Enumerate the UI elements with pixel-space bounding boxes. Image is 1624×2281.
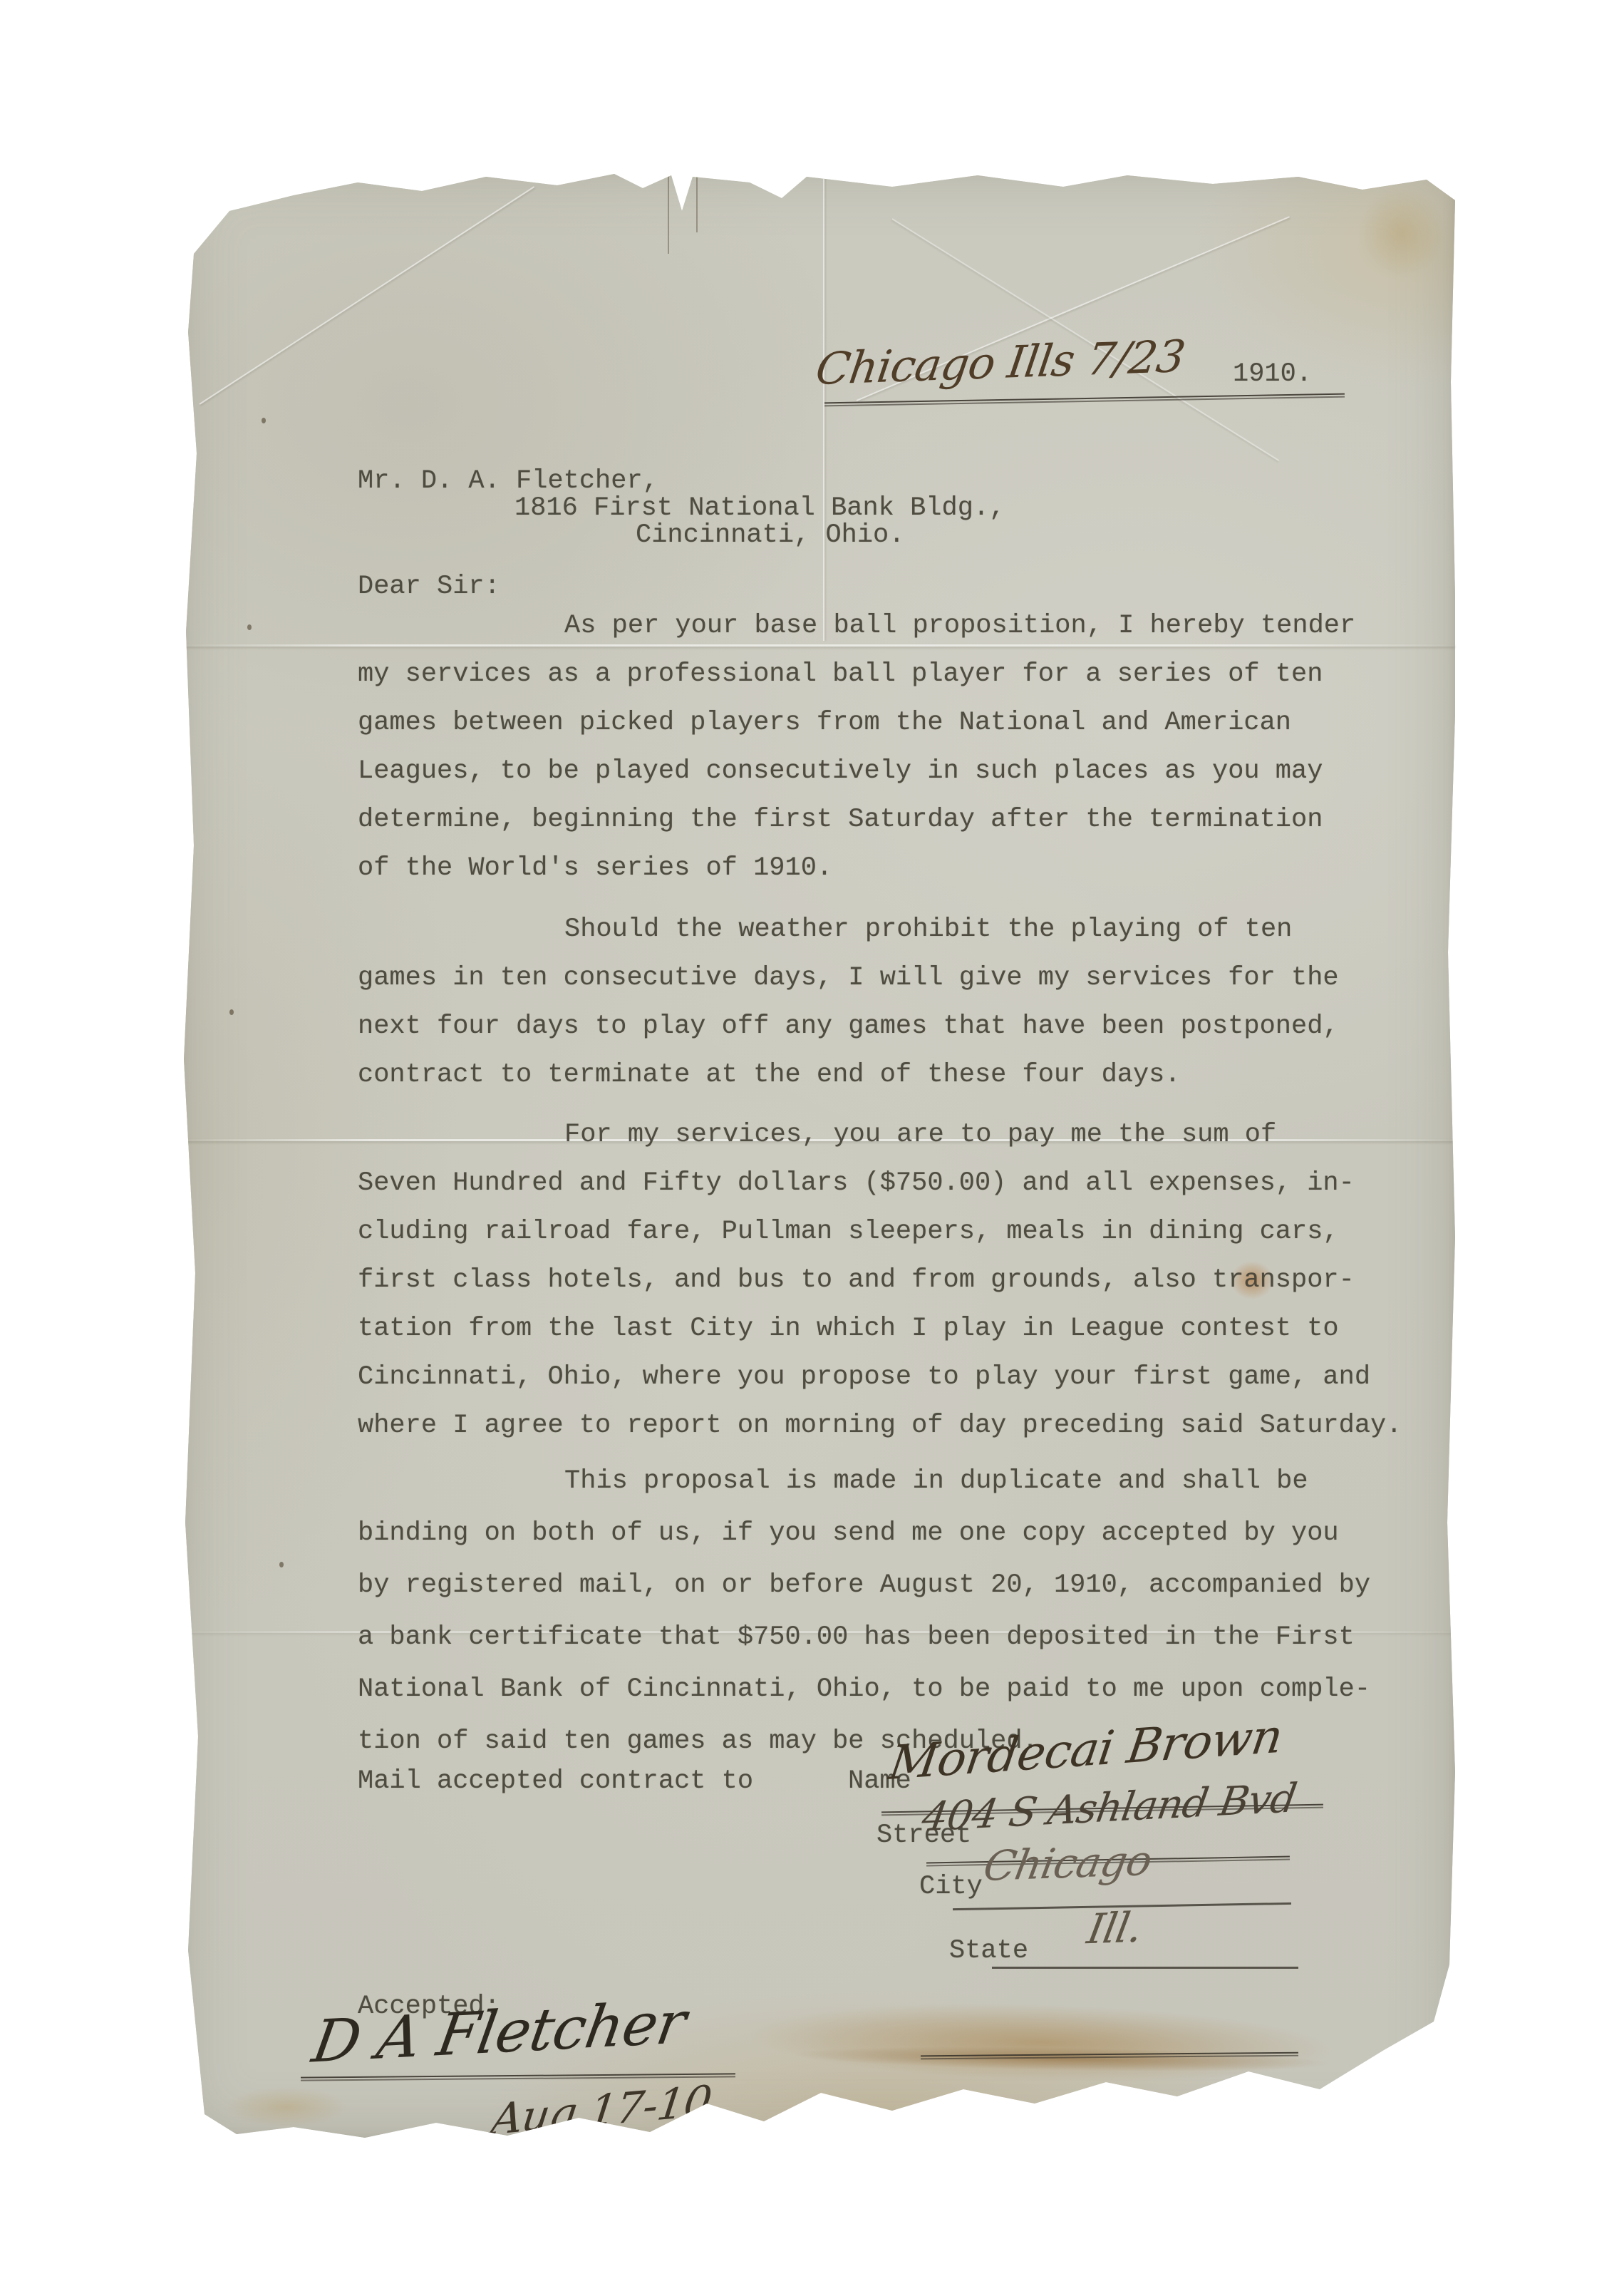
state-field-label: State [949,1936,1028,1966]
city-field-label: City [919,1872,983,1902]
state-field-underline [992,1967,1298,1969]
recipient-line-2: 1816 First National Bank Bldg., [514,493,1005,523]
paragraph-4-line: by registered mail, on or before August … [358,1560,1370,1612]
paragraph-4-line: a bank certificate that $750.00 has been… [358,1612,1370,1664]
dateline-underline [824,393,1345,407]
paragraph-3-line: For my services, you are to pay me the s… [358,1111,1402,1159]
paragraph-1-line: Leagues, to be played consecutively in s… [358,747,1355,795]
paragraph-3-line: cluding railroad fare, Pullman sleepers,… [358,1208,1402,1256]
paragraph-2-line: next four days to play off any games tha… [358,1002,1339,1051]
paragraph-1: As per your base ball proposition, I her… [358,602,1355,892]
dateline-handwritten: Chicago Ills 7/23 [812,330,1188,395]
recipient-line-1: Mr. D. A. Fletcher, [358,466,658,496]
acceptance-date: Aug 17-10 [488,2076,714,2145]
city-field-value: Chicago [980,1836,1155,1890]
paragraph-1-line: my services as a professional ball playe… [358,650,1355,699]
foxing-speck-2 [247,624,252,630]
salutation: Dear Sir: [358,572,500,602]
fold-crease-vertical [823,174,824,641]
foxing-speck-1 [262,418,266,423]
paragraph-3-line: Seven Hundred and Fifty dollars ($750.00… [358,1159,1402,1208]
paragraph-4-line: This proposal is made in duplicate and s… [358,1456,1370,1508]
corner-stain-bottom-left [201,2079,372,2136]
scan-background: Chicago Ills 7/23 1910. Mr. D. A. Fletch… [0,0,1624,2281]
foxing-speck-4 [279,1562,284,1567]
paragraph-2: Should the weather prohibit the playing … [358,905,1339,1099]
street-field-value: 404 S Ashland Bvd [919,1775,1299,1840]
paragraph-3-line: first class hotels, and bus to and from … [358,1256,1402,1304]
tear-slit-1 [668,168,669,254]
paragraph-4-line: binding on both of us, if you send me on… [358,1508,1370,1560]
crease-diagonal-top-left [199,186,534,405]
dateline-year-typed: 1910. [1233,359,1312,389]
state-field-value: Ill. [1084,1903,1146,1954]
paragraph-1-line: determine, beginning the first Saturday … [358,795,1355,844]
tear-slit-2 [696,168,698,232]
paragraph-2-line: Should the weather prohibit the playing … [358,905,1339,954]
recipient-line-3: Cincinnati, Ohio. [636,520,904,550]
paragraph-1-line: games between picked players from the Na… [358,699,1355,747]
paragraph-1-line: As per your base ball proposition, I her… [358,602,1355,650]
mail-contract-label: Mail accepted contract to [358,1766,753,1796]
paragraph-4-line: National Bank of Cincinnati, Ohio, to be… [358,1664,1370,1716]
paragraph-2-line: games in ten consecutive days, I will gi… [358,954,1339,1002]
paragraph-3: For my services, you are to pay me the s… [358,1111,1402,1450]
paragraph-3-line: tation from the last City in which I pla… [358,1304,1402,1353]
paragraph-3-line: where I agree to report on morning of da… [358,1401,1402,1450]
letter-paper: Chicago Ills 7/23 1910. Mr. D. A. Fletch… [180,168,1455,2139]
paragraph-1-line: of the World's series of 1910. [358,844,1355,892]
foxing-speck-3 [229,1009,234,1015]
paragraph-3-line: Cincinnati, Ohio, where you propose to p… [358,1353,1402,1401]
paragraph-2-line: contract to terminate at the end of thes… [358,1051,1339,1099]
corner-stain-top-right [1341,168,1462,297]
